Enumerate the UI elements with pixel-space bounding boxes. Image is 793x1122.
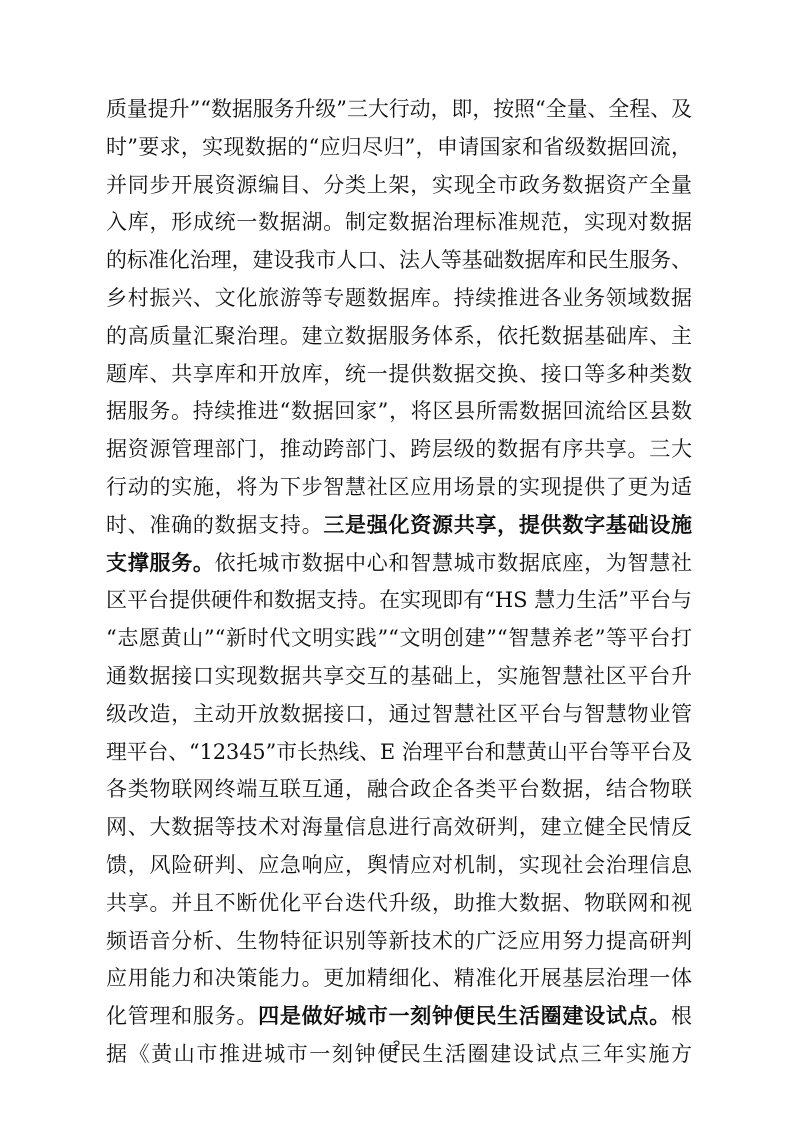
text-segment: 行动的实施，将为下步智慧社区应用场景的实现提供了更为适 xyxy=(106,475,692,499)
text-line: 并同步开展资源编目、分类上架，实现全市政务数据资产全量 xyxy=(106,167,692,205)
text-line: 质量提升”“数据服务升级”三大行动，即，按照“全量、全程、及 xyxy=(106,91,692,129)
text-line: 区平台提供硬件和数据支持。在实现即有“HS 慧力生活”平台与 xyxy=(106,582,692,620)
text-segment: 依托城市数据中心和智慧城市数据底座，为智慧社 xyxy=(215,551,692,575)
text-line: 时、准确的数据支持。三是强化资源共享，提供数字基础设施 xyxy=(106,507,692,545)
text-line: 应用能力和决策能力。更加精细化、精准化开展基层治理一体 xyxy=(106,960,692,998)
text-line: 据资源管理部门，推动跨部门、跨层级的数据有序共享。三大 xyxy=(106,431,692,469)
text-line: 理平台、“12345”市长热线、E 治理平台和慧黄山平台等平台及 xyxy=(106,734,692,772)
body-paragraph: 质量提升”“数据服务升级”三大行动，即，按照“全量、全程、及时”要求，实现数据的… xyxy=(106,91,692,1074)
text-line: 的标准化治理，建设我市人口、法人等基础数据库和民生服务、 xyxy=(106,242,692,280)
text-segment: 的高质量汇聚治理。建立数据服务体系，依托数据基础库、主 xyxy=(106,324,692,348)
text-segment: 共享。并且不断优化平台迭代升级，助推大数据、物联网和视 xyxy=(106,891,692,915)
page-number: 2 xyxy=(0,1037,793,1053)
text-line: 题库、共享库和开放库，统一提供数据交换、接口等多种类数 xyxy=(106,356,692,394)
text-line: 频语音分析、生物特征识别等新技术的广泛应用努力提高研判 xyxy=(106,923,692,961)
text-segment: 据服务。持续推进“数据回家”，将区县所需数据回流给区县数 xyxy=(106,399,692,423)
text-line: 行动的实施，将为下步智慧社区应用场景的实现提供了更为适 xyxy=(106,469,692,507)
text-line: 据服务。持续推进“数据回家”，将区县所需数据回流给区县数 xyxy=(106,393,692,431)
text-line: 网、大数据等技术对海量信息进行高效研判，建立健全民情反 xyxy=(106,809,692,847)
text-segment: “志愿黄山”“新时代文明实践”“文明创建”“智慧养老”等平台打 xyxy=(106,626,692,650)
text-segment: 并同步开展资源编目、分类上架，实现全市政务数据资产全量 xyxy=(106,173,692,197)
text-segment: 的标准化治理，建设我市人口、法人等基础数据库和民生服务、 xyxy=(106,248,692,272)
text-line: 化管理和服务。四是做好城市一刻钟便民生活圈建设试点。根 xyxy=(106,998,692,1036)
bold-heading-text: 支撑服务。 xyxy=(106,551,215,575)
text-segment: 根 xyxy=(671,1004,692,1028)
text-line: 乡村振兴、文化旅游等专题数据库。持续推进各业务领域数据 xyxy=(106,280,692,318)
bold-heading-text: 四是做好城市一刻钟便民生活圈建设试点。 xyxy=(258,1004,671,1028)
text-segment: 题库、共享库和开放库，统一提供数据交换、接口等多种类数 xyxy=(106,362,692,386)
text-line: 级改造，主动开放数据接口，通过智慧社区平台与智慧物业管 xyxy=(106,696,692,734)
text-segment: 入库，形成统一数据湖。制定数据治理标准规范，实现对数据 xyxy=(106,210,692,234)
text-segment: 化管理和服务。 xyxy=(106,1004,258,1028)
text-line: 共享。并且不断优化平台迭代升级，助推大数据、物联网和视 xyxy=(106,885,692,923)
text-line: 支撑服务。依托城市数据中心和智慧城市数据底座，为智慧社 xyxy=(106,545,692,583)
text-segment: 区平台提供硬件和数据支持。在实现即有“HS 慧力生活”平台与 xyxy=(106,588,692,612)
text-segment: 据资源管理部门，推动跨部门、跨层级的数据有序共享。三大 xyxy=(106,437,692,461)
text-line: 入库，形成统一数据湖。制定数据治理标准规范，实现对数据 xyxy=(106,204,692,242)
text-segment: 网、大数据等技术对海量信息进行高效研判，建立健全民情反 xyxy=(106,815,692,839)
text-segment: 理平台、“12345”市长热线、E 治理平台和慧黄山平台等平台及 xyxy=(106,740,692,764)
text-segment: 应用能力和决策能力。更加精细化、精准化开展基层治理一体 xyxy=(106,966,692,990)
text-segment: 级改造，主动开放数据接口，通过智慧社区平台与智慧物业管 xyxy=(106,702,692,726)
text-line: “志愿黄山”“新时代文明实践”“文明创建”“智慧养老”等平台打 xyxy=(106,620,692,658)
text-line: 通数据接口实现数据共享交互的基础上，实施智慧社区平台升 xyxy=(106,658,692,696)
document-page: 质量提升”“数据服务升级”三大行动，即，按照“全量、全程、及时”要求，实现数据的… xyxy=(0,0,793,1122)
text-segment: 频语音分析、生物特征识别等新技术的广泛应用努力提高研判 xyxy=(106,929,692,953)
text-segment: 各类物联网终端互联互通，融合政企各类平台数据，结合物联 xyxy=(106,777,692,801)
text-segment: 馈，风险研判、应急响应，舆情应对机制，实现社会治理信息 xyxy=(106,853,692,877)
text-segment: 时”要求，实现数据的“应归尽归”，申请国家和省级数据回流， xyxy=(106,135,692,159)
text-segment: 通数据接口实现数据共享交互的基础上，实施智慧社区平台升 xyxy=(106,664,692,688)
text-line: 的高质量汇聚治理。建立数据服务体系，依托数据基础库、主 xyxy=(106,318,692,356)
text-line: 各类物联网终端互联互通，融合政企各类平台数据，结合物联 xyxy=(106,771,692,809)
text-line: 馈，风险研判、应急响应，舆情应对机制，实现社会治理信息 xyxy=(106,847,692,885)
text-segment: 乡村振兴、文化旅游等专题数据库。持续推进各业务领域数据 xyxy=(106,286,692,310)
text-segment: 时、准确的数据支持。 xyxy=(106,513,323,537)
text-line: 时”要求，实现数据的“应归尽归”，申请国家和省级数据回流， xyxy=(106,129,692,167)
text-segment: 质量提升”“数据服务升级”三大行动，即，按照“全量、全程、及 xyxy=(106,97,692,121)
bold-heading-text: 三是强化资源共享，提供数字基础设施 xyxy=(323,513,692,537)
